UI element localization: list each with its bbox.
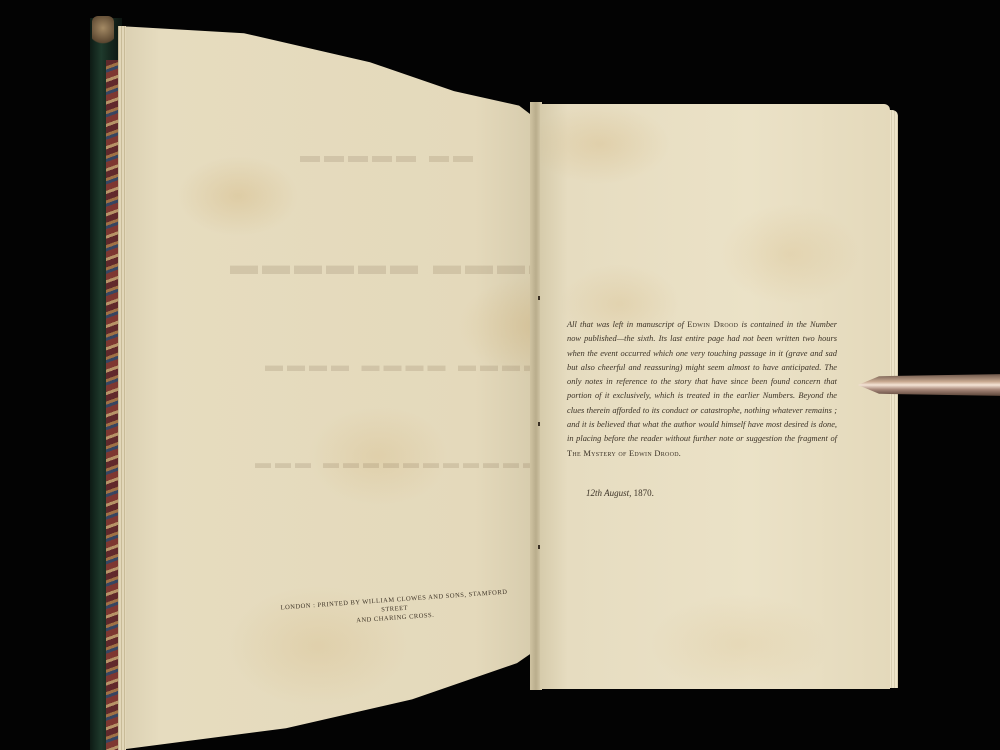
photo-background: ▬▬▬▬▬ ▬▬ ▬▬▬▬▬▬ ▬▬▬▬▬ ▬▬▬▬ ▬▬▬▬ ▬▬▬▬▬ ▬▬… <box>0 0 1000 750</box>
publisher-note: All that was left in manuscript of Edwin… <box>567 318 837 461</box>
note-name-edwin-drood: Edwin Drood <box>687 320 738 329</box>
worn-spine-top <box>92 16 114 46</box>
note-text: All that was left in manuscript of <box>567 320 687 329</box>
note-text: . <box>679 449 681 458</box>
metal-pointer-icon <box>858 374 1000 396</box>
show-through-text: ▬▬▬▬ ▬▬▬▬ ▬▬▬▬▬ <box>265 355 568 376</box>
note-book-title: The Mystery of Edwin Drood <box>567 449 679 458</box>
left-page <box>118 26 538 750</box>
show-through-text: ▬▬▬▬▬ ▬▬ <box>300 145 477 168</box>
show-through-text: ▬▬▬ ▬▬▬▬▬▬▬▬▬▬▬▬ <box>255 455 563 473</box>
date-day-month: 12th August <box>586 488 629 498</box>
note-date: 12th August, 1870. <box>586 488 654 498</box>
left-page-edges <box>118 26 126 750</box>
date-year: , 1870. <box>629 488 654 498</box>
note-text: is contained in the Number now published… <box>567 320 837 443</box>
